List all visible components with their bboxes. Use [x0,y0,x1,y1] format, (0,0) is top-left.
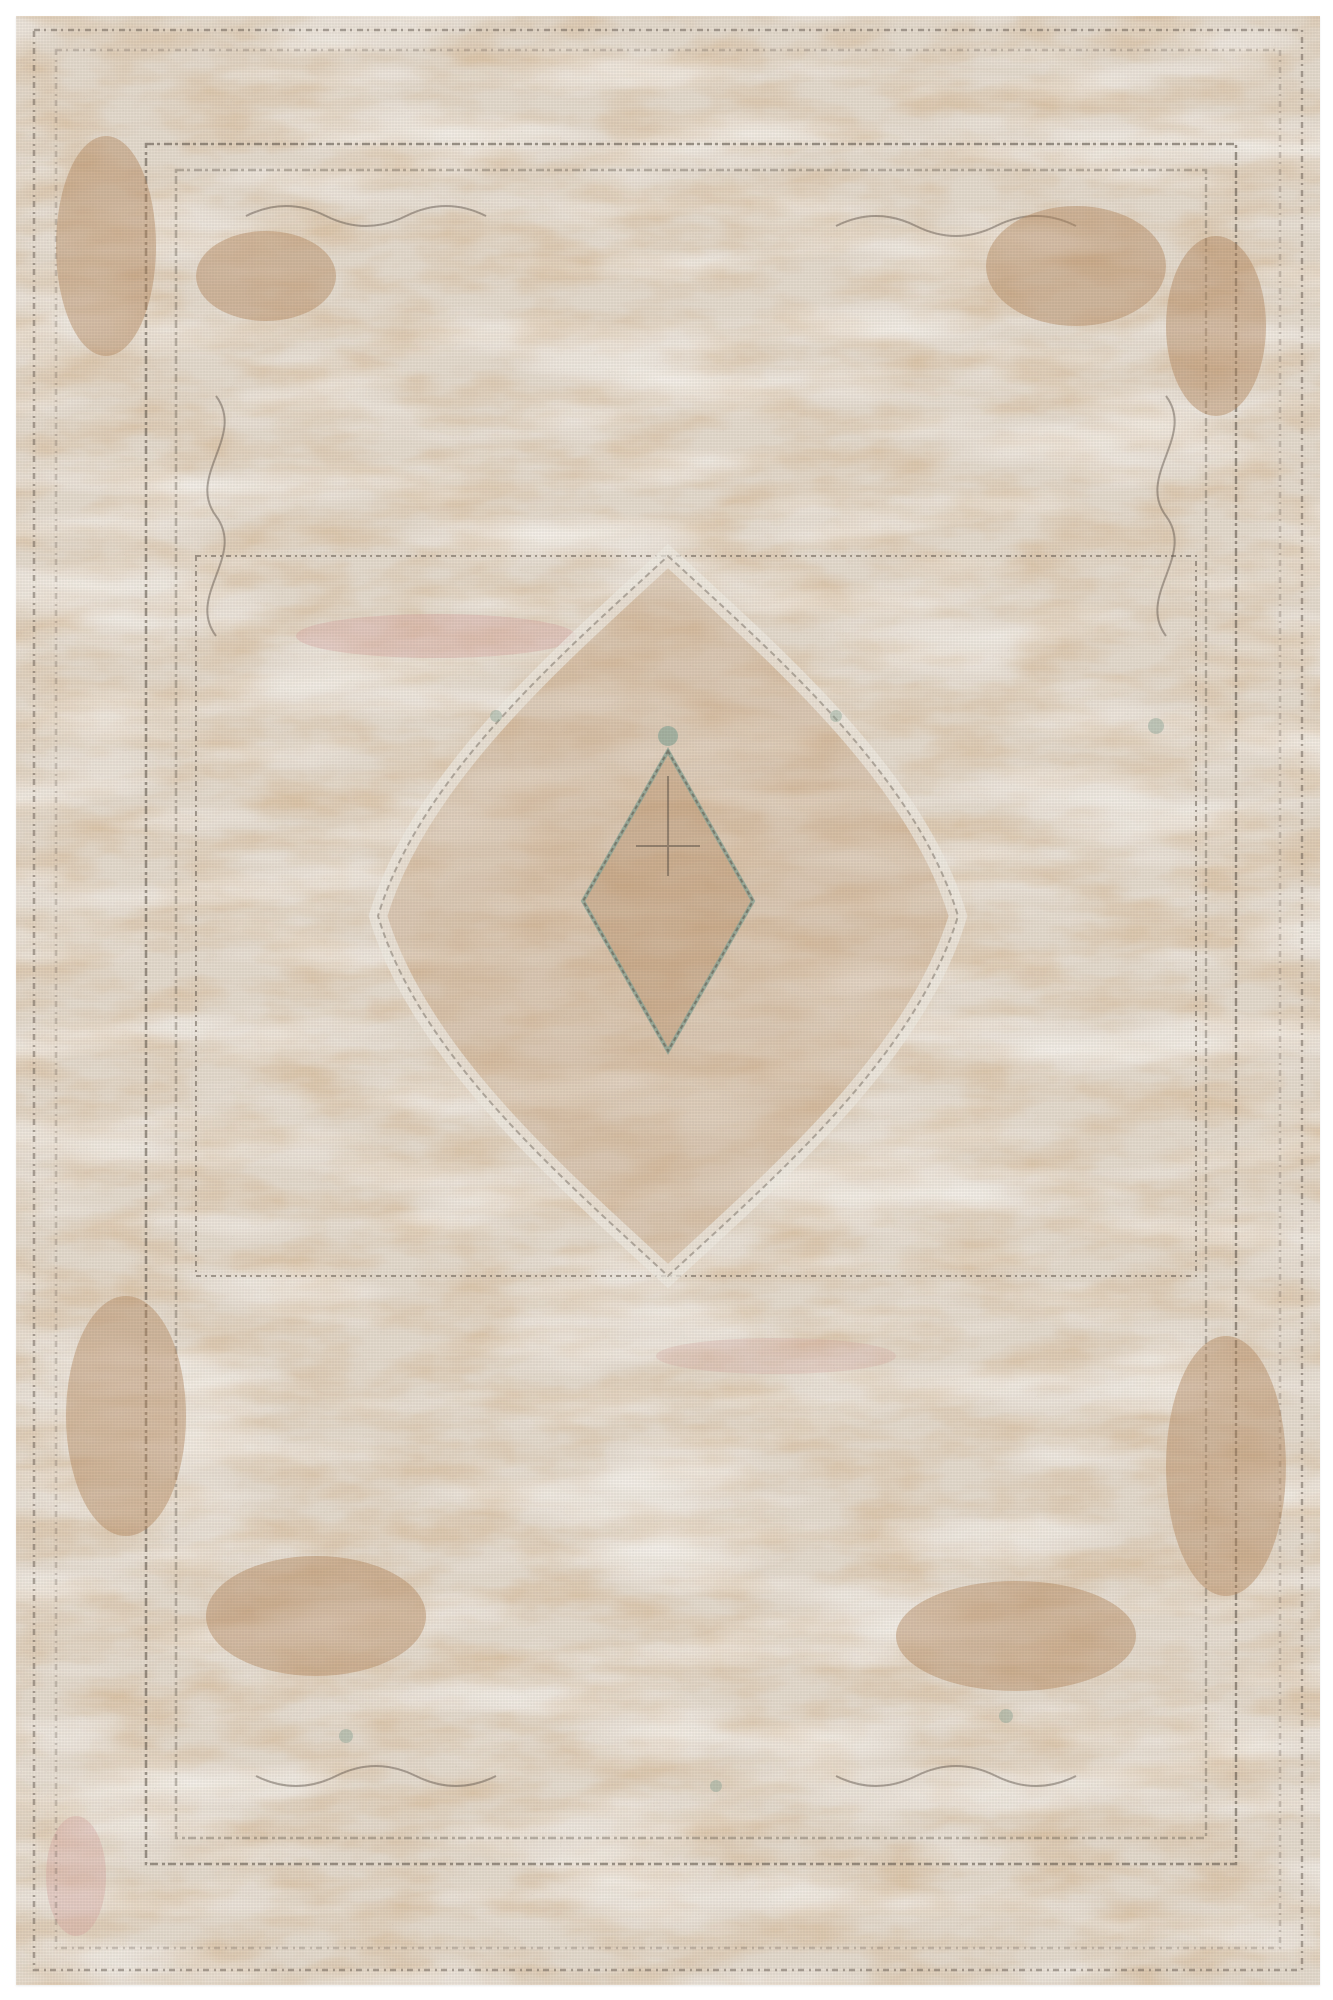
rug-illustration [16,16,1320,1985]
rug-photo [16,16,1320,1985]
speckle-texture [16,16,1320,1985]
